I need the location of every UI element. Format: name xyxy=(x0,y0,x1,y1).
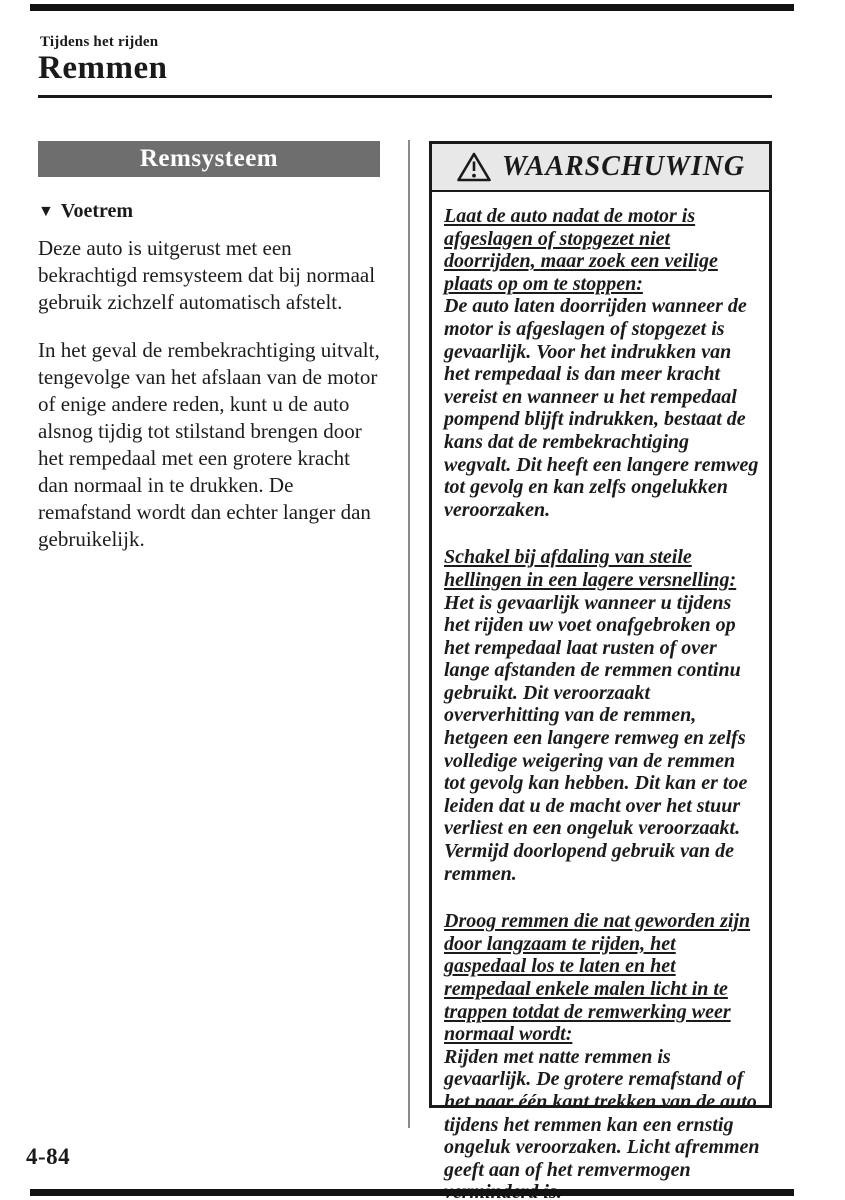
warning-item-body: Rijden met natte remmen is gevaarlijk. D… xyxy=(444,1046,761,1200)
header-rule xyxy=(38,95,772,98)
warning-box: WAARSCHUWING Laat de auto nadat de motor… xyxy=(429,141,772,1108)
warning-content: Laat de auto nadat de motor is afgeslage… xyxy=(432,192,769,1200)
warning-item: Laat de auto nadat de motor is afgeslage… xyxy=(444,205,761,521)
column-divider xyxy=(408,140,410,1128)
body-paragraph: Deze auto is uitgerust met een bekrachti… xyxy=(38,235,380,316)
subsection-heading: ▼ Voetrem xyxy=(38,200,380,223)
warning-header: WAARSCHUWING xyxy=(432,144,769,192)
body-paragraph: In het geval de rembekrachtiging uitvalt… xyxy=(38,337,380,553)
triangle-marker-icon: ▼ xyxy=(38,204,54,220)
left-column: Remsysteem ▼ Voetrem Deze auto is uitger… xyxy=(38,141,380,574)
warning-title: WAARSCHUWING xyxy=(502,151,745,183)
page-number: 4-84 xyxy=(26,1144,70,1170)
page-title: Remmen xyxy=(38,50,167,87)
warning-triangle-icon xyxy=(456,151,492,183)
warning-item-lead: Droog remmen die nat geworden zijn door … xyxy=(444,910,761,1046)
warning-item-lead: Schakel bij afdaling van steile hellinge… xyxy=(444,546,761,591)
warning-item-body: Het is gevaarlijk wanneer u tijdens het … xyxy=(444,592,761,886)
warning-item: Schakel bij afdaling van steile hellinge… xyxy=(444,546,761,885)
warning-item-body: De auto laten doorrijden wanneer de moto… xyxy=(444,295,761,521)
section-title-bar: Remsysteem xyxy=(38,141,380,177)
warning-item-lead: Laat de auto nadat de motor is afgeslage… xyxy=(444,205,761,295)
bottom-edge-bar xyxy=(30,1189,794,1196)
warning-item: Droog remmen die nat geworden zijn door … xyxy=(444,910,761,1200)
top-edge-bar xyxy=(30,4,794,11)
breadcrumb-section-label: Tijdens het rijden xyxy=(40,34,158,51)
subsection-title: Voetrem xyxy=(61,200,133,223)
